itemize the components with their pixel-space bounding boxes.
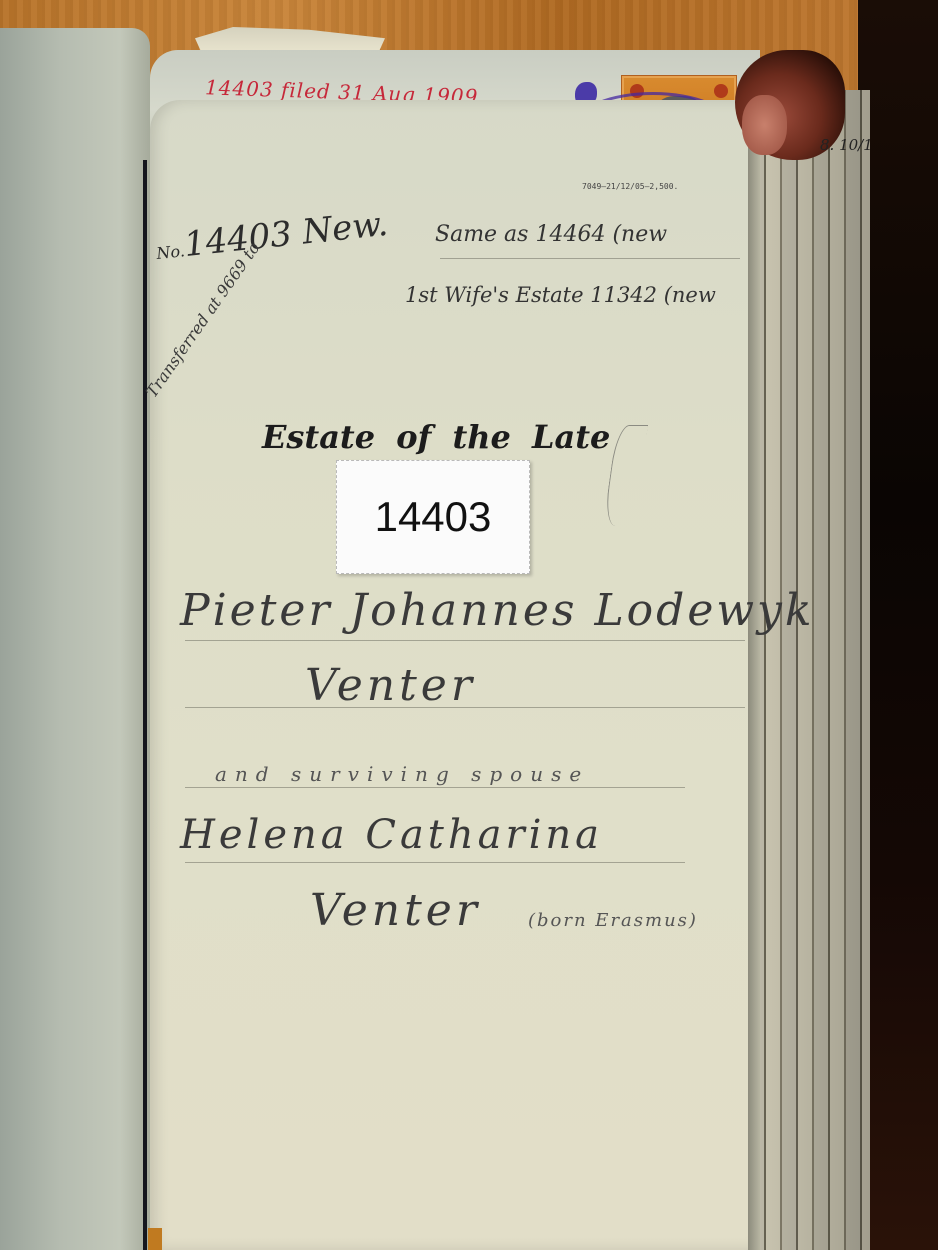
- file-number-prefix: No.: [155, 241, 185, 263]
- ruled-line: [185, 707, 745, 708]
- ruled-line: [185, 862, 685, 863]
- printer-imprint: 7049—21/12/05—2,500.: [582, 182, 678, 191]
- deceased-name-line-1: Pieter Johannes Lodewyk: [180, 585, 815, 636]
- spouse-name-line-1: Helena Catharina: [180, 812, 603, 858]
- label-number: 14403: [375, 493, 492, 541]
- page-corner-wood: [148, 1228, 162, 1250]
- side-tab-note: 8. 10/1: [820, 136, 873, 154]
- spouse-name-line-2: Venter: [310, 885, 481, 936]
- ruled-line: [440, 258, 740, 259]
- ruled-line: [185, 640, 745, 641]
- cross-reference-same-as: Same as 14464 (new: [435, 222, 667, 247]
- stamp-corner-emblem: [714, 84, 728, 98]
- deceased-name-line-2: Venter: [305, 660, 476, 711]
- spouse-maiden-name: (born Erasmus): [528, 910, 698, 931]
- printed-heading: Estate of the Late: [262, 418, 610, 456]
- dark-background-right: [858, 0, 938, 1250]
- photo-scene: 14403 filed 31 Aug 1909 8. 10/1 7049—21/…: [0, 0, 938, 1250]
- connector-text: and surviving spouse: [215, 762, 589, 786]
- ruled-line: [185, 787, 685, 788]
- cross-reference-first-wife: 1st Wife's Estate 11342 (new: [405, 283, 716, 307]
- thumbnail: [742, 95, 787, 155]
- book-spine-gutter: [143, 160, 147, 1250]
- page-edge: [748, 140, 760, 1250]
- file-number-label: 14403: [336, 460, 530, 574]
- left-book-page: [0, 28, 150, 1250]
- stacked-document-leaves: [750, 90, 870, 1250]
